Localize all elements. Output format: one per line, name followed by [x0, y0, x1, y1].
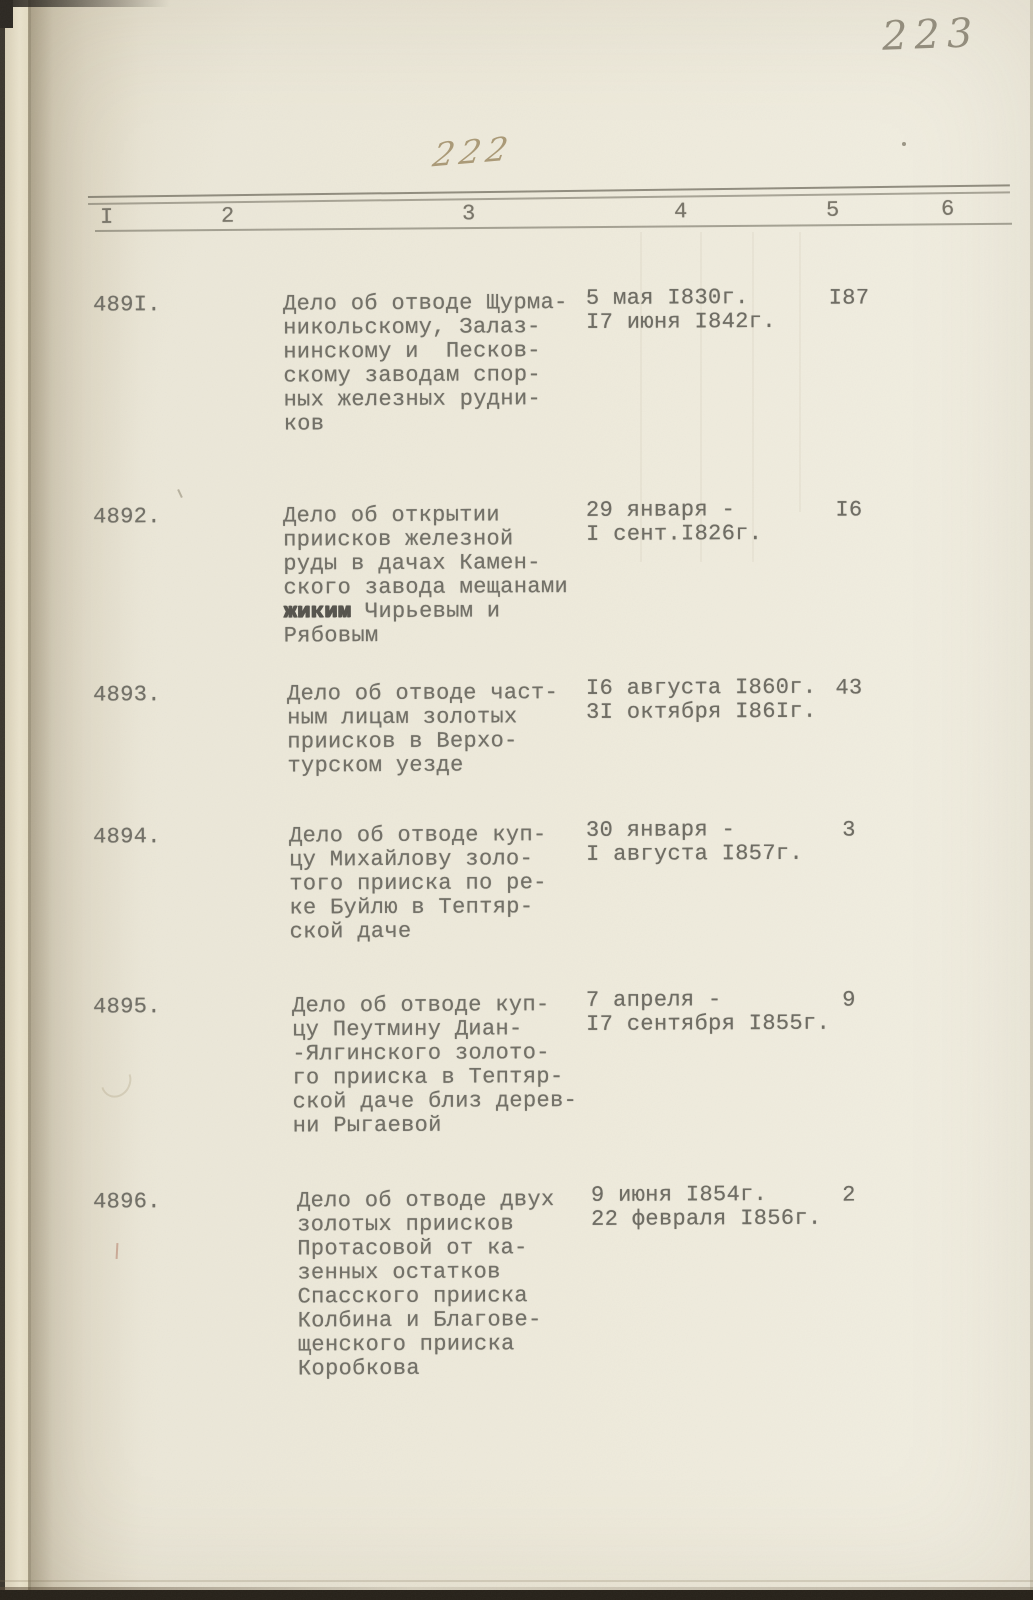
entry-dates: 30 января -I августа I857г.	[586, 818, 803, 867]
column-header-1: I	[100, 206, 114, 230]
description-line: -Ялгинского золото-	[292, 1041, 577, 1066]
description-line: щенского прииска	[298, 1332, 556, 1357]
entry-dates: 7 апреля -I7 сентября I855г.	[586, 988, 830, 1037]
ink-dot	[902, 142, 906, 146]
entry-description: Дело об открытииприисков железнойруды в …	[283, 503, 568, 648]
pages-count: 43	[806, 676, 892, 700]
description-line: ным лицам золотых	[287, 705, 558, 730]
column-header-3: 3	[462, 202, 476, 226]
description-line: ской даче близ дерев-	[292, 1089, 577, 1114]
description-line: цу Пеутмину Диан-	[292, 1017, 577, 1042]
date-line: I7 июня I842г.	[586, 310, 776, 335]
description-line: золотых приисков	[297, 1212, 555, 1237]
entry-row: 4892.Дело об открытииприисков железнойру…	[0, 501, 1033, 506]
description-line: Рябовым	[284, 623, 569, 648]
entry-number: 4896.	[93, 1190, 161, 1214]
entry-number: 4892.	[93, 505, 161, 529]
description-line: ков	[284, 411, 569, 436]
date-line: I6 августа I860г.	[586, 676, 817, 701]
entry-number: 4893.	[93, 683, 161, 707]
description-line: Протасовой от ка-	[297, 1236, 555, 1261]
pages-count: 9	[806, 988, 892, 1012]
entry-dates: 29 января -I сент.I826г.	[586, 498, 762, 547]
description-line: никольскому, Залаз-	[283, 315, 568, 340]
column-header-5: 5	[826, 199, 840, 223]
description-line: ни Рыгаевой	[293, 1113, 578, 1138]
entry-dates: 5 мая I830г.I7 июня I842г.	[586, 286, 776, 335]
entry-row: 4894.Дело об отводе куп-цу Михайлову зол…	[0, 821, 1033, 826]
date-line: 29 января -	[586, 498, 762, 523]
handwritten-folio-number: 223	[881, 10, 980, 59]
entry-row: 4895.Дело об отводе куп-цу Пеутмину Диан…	[0, 991, 1033, 996]
overstruck-word: жиким	[283, 599, 351, 624]
description-line: скому заводам спор-	[283, 363, 568, 388]
entry-number: 4894.	[93, 825, 161, 849]
handwritten-page-number: 222	[430, 129, 516, 175]
entry-description: Дело об отводе куп-цу Михайлову золо-тог…	[289, 823, 547, 944]
description-line: ского завода мещанами	[283, 575, 568, 600]
scan-corner-dark	[0, 0, 13, 28]
entry-number: 489I.	[93, 293, 161, 317]
pencil-tick	[177, 489, 183, 498]
scan-streak	[799, 232, 801, 512]
entry-description: Дело об отводе куп-цу Пеутмину Диан--Ялг…	[292, 993, 577, 1138]
entry-description: Дело об отводе част-ным лицам золотыхпри…	[287, 681, 559, 778]
description-line: нинскому и Песков-	[283, 339, 568, 364]
date-line: I августа I857г.	[586, 842, 803, 867]
description-line: Дело об отводе куп-	[289, 823, 547, 848]
description-line: го прииска в Тептяр-	[292, 1065, 577, 1090]
date-line: 5 мая I830г.	[586, 286, 776, 311]
page-bottom-fold	[0, 1580, 1033, 1582]
date-line: I7 сентября I855г.	[586, 1012, 830, 1037]
description-line: Коробкова	[298, 1356, 556, 1381]
entry-row: 489I.Дело об отводе Щурма-никольскому, З…	[0, 289, 1033, 294]
description-line: жиким Чирьевым и	[283, 599, 568, 624]
description-line: ской даче	[289, 919, 547, 944]
entry-dates: I6 августа I860г.3I октября I86Iг.	[586, 676, 817, 725]
description-line: Дело об открытии	[283, 503, 568, 528]
description-line: турском уезде	[287, 753, 558, 778]
column-header-6: 6	[941, 198, 955, 222]
description-line: ных железных рудни-	[283, 387, 568, 412]
entry-number: 4895.	[93, 995, 161, 1019]
pages-count: 3	[806, 818, 892, 842]
entry-row: 4896.Дело об отводе двухзолотых приисков…	[0, 1186, 1033, 1191]
scanned-page: 223 222 I23456 489I.Дело об отводе Щурма…	[0, 0, 1033, 1600]
description-line: Колбина и Благове-	[298, 1308, 556, 1333]
description-line: Дело об отводе част-	[287, 681, 558, 706]
date-line: 22 февраля I856г.	[591, 1207, 822, 1232]
date-line: I сент.I826г.	[586, 522, 762, 547]
entry-row: 4893.Дело об отводе част-ным лицам золот…	[0, 679, 1033, 684]
date-line: 30 января -	[586, 818, 803, 843]
page-edge-strip	[5, 0, 29, 1600]
scan-edge-top-dark	[0, 0, 170, 7]
entry-description: Дело об отводе двухзолотых приисковПрота…	[297, 1188, 556, 1381]
scan-edge-bottom-dark	[0, 1590, 1033, 1600]
description-line: приисков в Верхо-	[287, 729, 558, 754]
entry-description: Дело об отводе Щурма-никольскому, Залаз-…	[283, 291, 568, 436]
description-line: Спасского прииска	[297, 1284, 555, 1309]
pages-count: I87	[806, 286, 892, 310]
description-line: ке Буйлю в Тептяр-	[289, 895, 547, 920]
date-line: 7 апреля -	[586, 988, 830, 1013]
description-line: того прииска по ре-	[289, 871, 547, 896]
description-line: руды в дачах Камен-	[283, 551, 568, 576]
column-header-2: 2	[221, 205, 235, 229]
description-line: цу Михайлову золо-	[289, 847, 547, 872]
column-header-4: 4	[674, 200, 688, 224]
pages-count: 2	[806, 1183, 892, 1207]
pages-count: I6	[806, 498, 892, 522]
description-line: приисков железной	[283, 527, 568, 552]
date-line: 3I октября I86Iг.	[586, 700, 817, 725]
description-line: зенных остатков	[297, 1260, 555, 1285]
description-line: Дело об отводе двух	[297, 1188, 555, 1213]
description-line: Дело об отводе Щурма-	[283, 291, 568, 316]
binding-crease-shadow	[31, 0, 141, 1600]
entry-dates: 9 июня I854г.22 февраля I856г.	[591, 1183, 822, 1232]
description-line: Дело об отводе куп-	[292, 993, 577, 1018]
date-line: 9 июня I854г.	[591, 1183, 822, 1208]
